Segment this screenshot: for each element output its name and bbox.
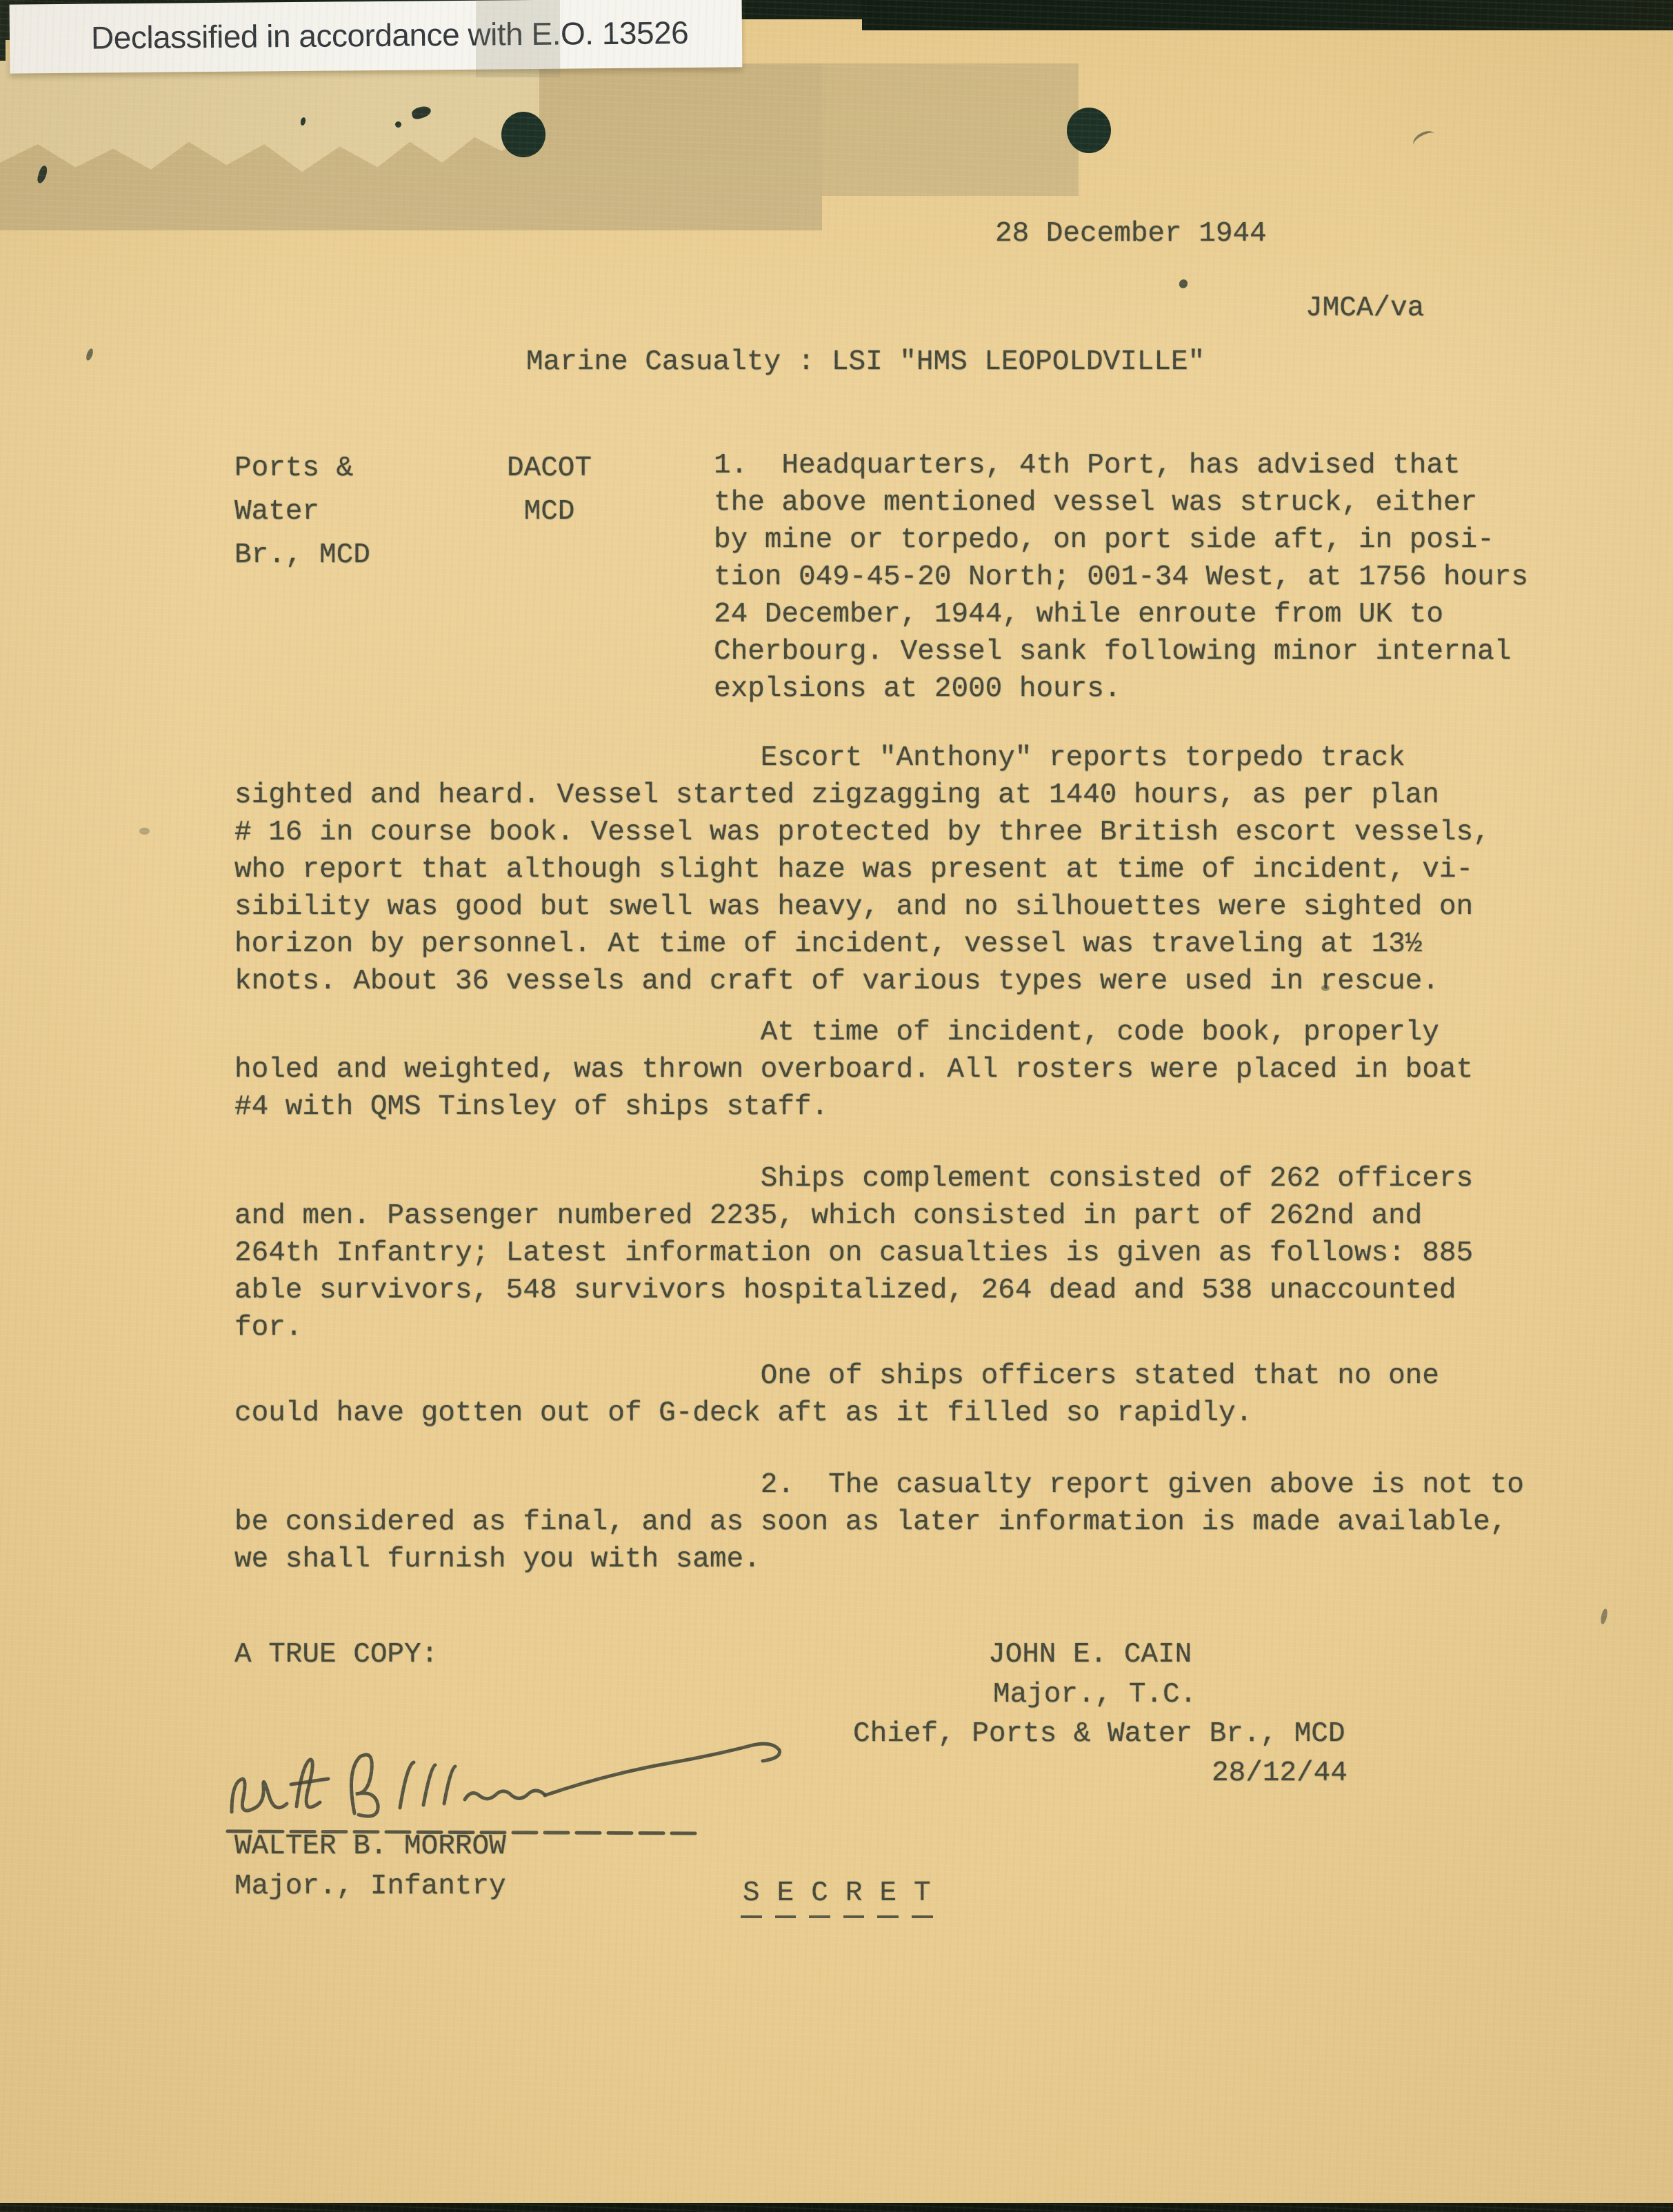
ink-speck — [85, 348, 94, 361]
true-copy-label: A TRUE COPY: — [234, 1636, 438, 1673]
signer-rank: Major., T.C. — [993, 1676, 1196, 1713]
paragraph-3: At time of incident, code book, properly… — [234, 1014, 1473, 1126]
paragraph-4: Ships complement consisted of 262 office… — [234, 1160, 1473, 1346]
classification-letter: R — [843, 1877, 865, 1918]
certifier-rank: Major., Infantry — [234, 1868, 506, 1905]
signature-date: 28/12/44 — [1212, 1755, 1348, 1792]
pen-squiggle — [1410, 128, 1437, 151]
office-block: Ports & Water Br., MCD — [234, 447, 370, 577]
certifier-name: WALTER B. MORROW — [234, 1828, 506, 1865]
declassification-text: Declassified in accordance with E.O. 135… — [10, 0, 743, 72]
reference-initials: JMCA/va — [1305, 290, 1424, 327]
tape-strip-right — [822, 63, 1079, 196]
classification-letter: C — [809, 1877, 830, 1918]
routing-block: DACOT MCD — [507, 447, 592, 534]
paragraph-6: 2. The casualty report given above is no… — [234, 1466, 1524, 1578]
document-page: Declassified in accordance with E.O. 135… — [0, 0, 1673, 2212]
ink-speck — [395, 121, 401, 128]
paper-smudge — [139, 828, 150, 835]
declassification-sticker: Declassified in accordance with E.O. 135… — [10, 0, 743, 74]
subject-line: Marine Casualty : LSI "HMS LEOPOLDVILLE" — [526, 343, 1205, 381]
tape-over-sticker — [476, 0, 560, 77]
ink-speck — [1600, 1608, 1609, 1624]
classification-letter: E — [775, 1877, 797, 1918]
classification-letter: T — [912, 1877, 933, 1918]
ink-speck — [1178, 278, 1190, 290]
signer-title: Chief, Ports & Water Br., MCD — [853, 1715, 1345, 1753]
hole-punch-right-icon — [1067, 108, 1111, 153]
classification-letter: S — [741, 1877, 762, 1918]
paragraph-1: 1. Headquarters, 4th Port, has advised t… — [714, 447, 1528, 708]
classification-letter: E — [877, 1877, 899, 1918]
document-date: 28 December 1944 — [995, 215, 1267, 252]
signer-name: JOHN E. CAIN — [988, 1636, 1192, 1673]
paragraph-2: Escort "Anthony" reports torpedo track s… — [234, 739, 1490, 1000]
paragraph-5: One of ships officers stated that no one… — [234, 1357, 1439, 1432]
scan-top-edge-right — [862, 0, 1673, 30]
hole-punch-left-icon — [501, 112, 545, 157]
scan-bottom-edge — [0, 2203, 1673, 2212]
classification-secret: SECRET — [741, 1877, 946, 1909]
